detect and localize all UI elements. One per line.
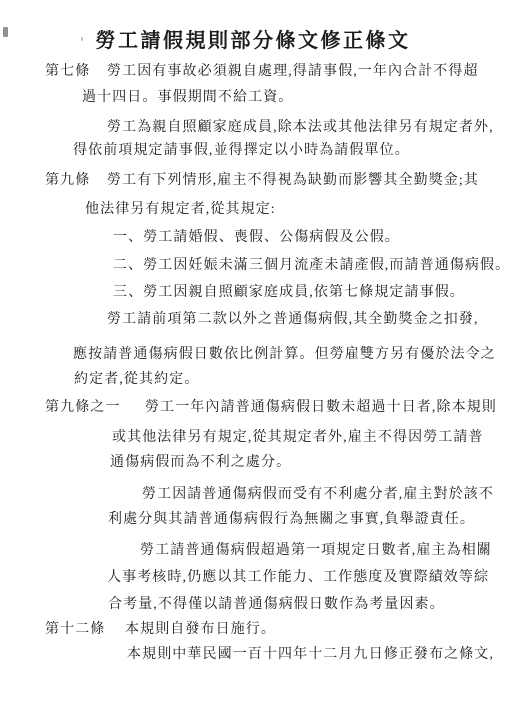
article-9-1-line-3: 通傷病假而為不利之處分。 (0, 451, 506, 471)
article-9-1-line-5: 利處分與其請普通傷病假行為無關之事實,負舉證責任。 (0, 508, 506, 528)
article-9-1-text: 通傷病假而為不利之處分。 (110, 451, 291, 471)
article-7-line-1: 第七條 勞工因有事故必須親自處理,得請事假,一年內合計不得超 (0, 60, 506, 80)
article-9-line-2: 他法律另有規定者,從其規定: (0, 198, 506, 218)
article-9-list-item-3: 三、勞工因親自照顧家庭成員,依第七條規定請事假。 (0, 281, 506, 301)
amendment-date-line: 本規則中華民國一百十四年十二月九日修正發布之條文, (0, 643, 506, 663)
article-7-number: 第七條 (45, 60, 90, 80)
article-7-text: 過十四日。事假期間不給工資。 (82, 86, 293, 106)
article-9-text: 應按請普通傷病假日數依比例計算。但勞雇雙方另有優於法令之 (73, 343, 496, 363)
article-9-text: 約定者,從其約定。 (74, 368, 199, 388)
page-title: 勞工請假規則部分條文修正條文 (0, 24, 506, 53)
amendment-date-text: 本規則中華民國一百十四年十二月九日修正發布之條文, (127, 643, 494, 663)
article-9-1-text: 人事考核時,仍應以其工作能力、工作態度及實際績效等綜 (107, 566, 489, 586)
article-9-line-6: 勞工請前項第二款以外之普通傷病假,其全勤獎金之扣發, (0, 308, 506, 328)
article-9-1-line-1: 第九條之一 勞工一年內請普通傷病假日數未超過十日者,除本規則 (0, 396, 506, 416)
article-9-list-item-2: 二、勞工因妊娠未滿三個月流產未請產假,而請普通傷病假。 (0, 254, 506, 274)
article-9-1-line-8: 合考量,不得僅以請普通傷病假日數作為考量因素。 (0, 593, 506, 613)
article-9-1-text: 或其他法律另有規定,從其規定者外,雇主不得因勞工請普 (112, 426, 484, 446)
article-7-text: 得依前項規定請事假,並得擇定以小時為請假單位。 (73, 139, 410, 159)
article-12-number: 第十二條 (45, 618, 105, 638)
article-9-1-text: 合考量,不得僅以請普通傷病假日數作為考量因素。 (108, 593, 445, 613)
article-9-line-8: 約定者,從其約定。 (0, 368, 506, 388)
article-12-line-1: 第十二條 本規則自發布日施行。 (0, 618, 506, 638)
article-9-1-line-4: 勞工因請普通傷病假而受有不利處分者,雇主對於該不 (0, 483, 506, 503)
article-9-1-text: 勞工因請普通傷病假而受有不利處分者,雇主對於該不 (142, 483, 494, 503)
article-9-1-line-6: 勞工請普通傷病假超過第一項規定日數者,雇主為相關 (0, 539, 506, 559)
article-9-text: 他法律另有規定者,從其規定: (85, 198, 276, 218)
article-7-line-4: 得依前項規定請事假,並得擇定以小時為請假單位。 (0, 139, 506, 159)
article-12-text: 本規則自發布日施行。 (125, 618, 276, 638)
article-9-text: 一、勞工請婚假、喪假、公傷病假及公假。 (113, 226, 400, 246)
article-7-line-2: 過十四日。事假期間不給工資。 (0, 86, 506, 106)
article-7-text: 勞工為親自照顧家庭成員,除本法或其他法律另有規定者外, (107, 116, 494, 136)
article-9-number: 第九條 (45, 169, 90, 189)
scanned-document-page: 勞工請假規則部分條文修正條文 第七條 勞工因有事故必須親自處理,得請事假,一年內… (0, 0, 506, 711)
article-7-line-3: 勞工為親自照顧家庭成員,除本法或其他法律另有規定者外, (0, 116, 506, 136)
article-9-1-line-2: 或其他法律另有規定,從其規定者外,雇主不得因勞工請普 (0, 426, 506, 446)
article-9-list-item-1: 一、勞工請婚假、喪假、公傷病假及公假。 (0, 226, 506, 246)
article-9-text: 三、勞工因親自照顧家庭成員,依第七條規定請事假。 (113, 281, 465, 301)
article-7-text: 勞工因有事故必須親自處理,得請事假,一年內合計不得超 (107, 60, 479, 80)
article-9-line-7: 應按請普通傷病假日數依比例計算。但勞雇雙方另有優於法令之 (0, 343, 506, 363)
article-9-line-1: 第九條 勞工有下列情形,雇主不得視為缺勤而影響其全勤獎金;其 (0, 169, 506, 189)
article-9-1-text: 利處分與其請普通傷病假行為無關之事實,負舉證責任。 (108, 508, 475, 528)
article-9-text: 勞工有下列情形,雇主不得視為缺勤而影響其全勤獎金;其 (107, 169, 479, 189)
article-9-1-text: 勞工一年內請普通傷病假日數未超過十日者,除本規則 (145, 396, 497, 416)
article-9-1-number: 第九條之一 (45, 396, 121, 416)
article-9-1-line-7: 人事考核時,仍應以其工作能力、工作態度及實際績效等綜 (0, 566, 506, 586)
article-9-1-text: 勞工請普通傷病假超過第一項規定日數者,雇主為相關 (140, 539, 492, 559)
article-9-text: 二、勞工因妊娠未滿三個月流產未請產假,而請普通傷病假。 (113, 254, 506, 274)
article-9-text: 勞工請前項第二款以外之普通傷病假,其全勤獎金之扣發, (107, 308, 479, 328)
